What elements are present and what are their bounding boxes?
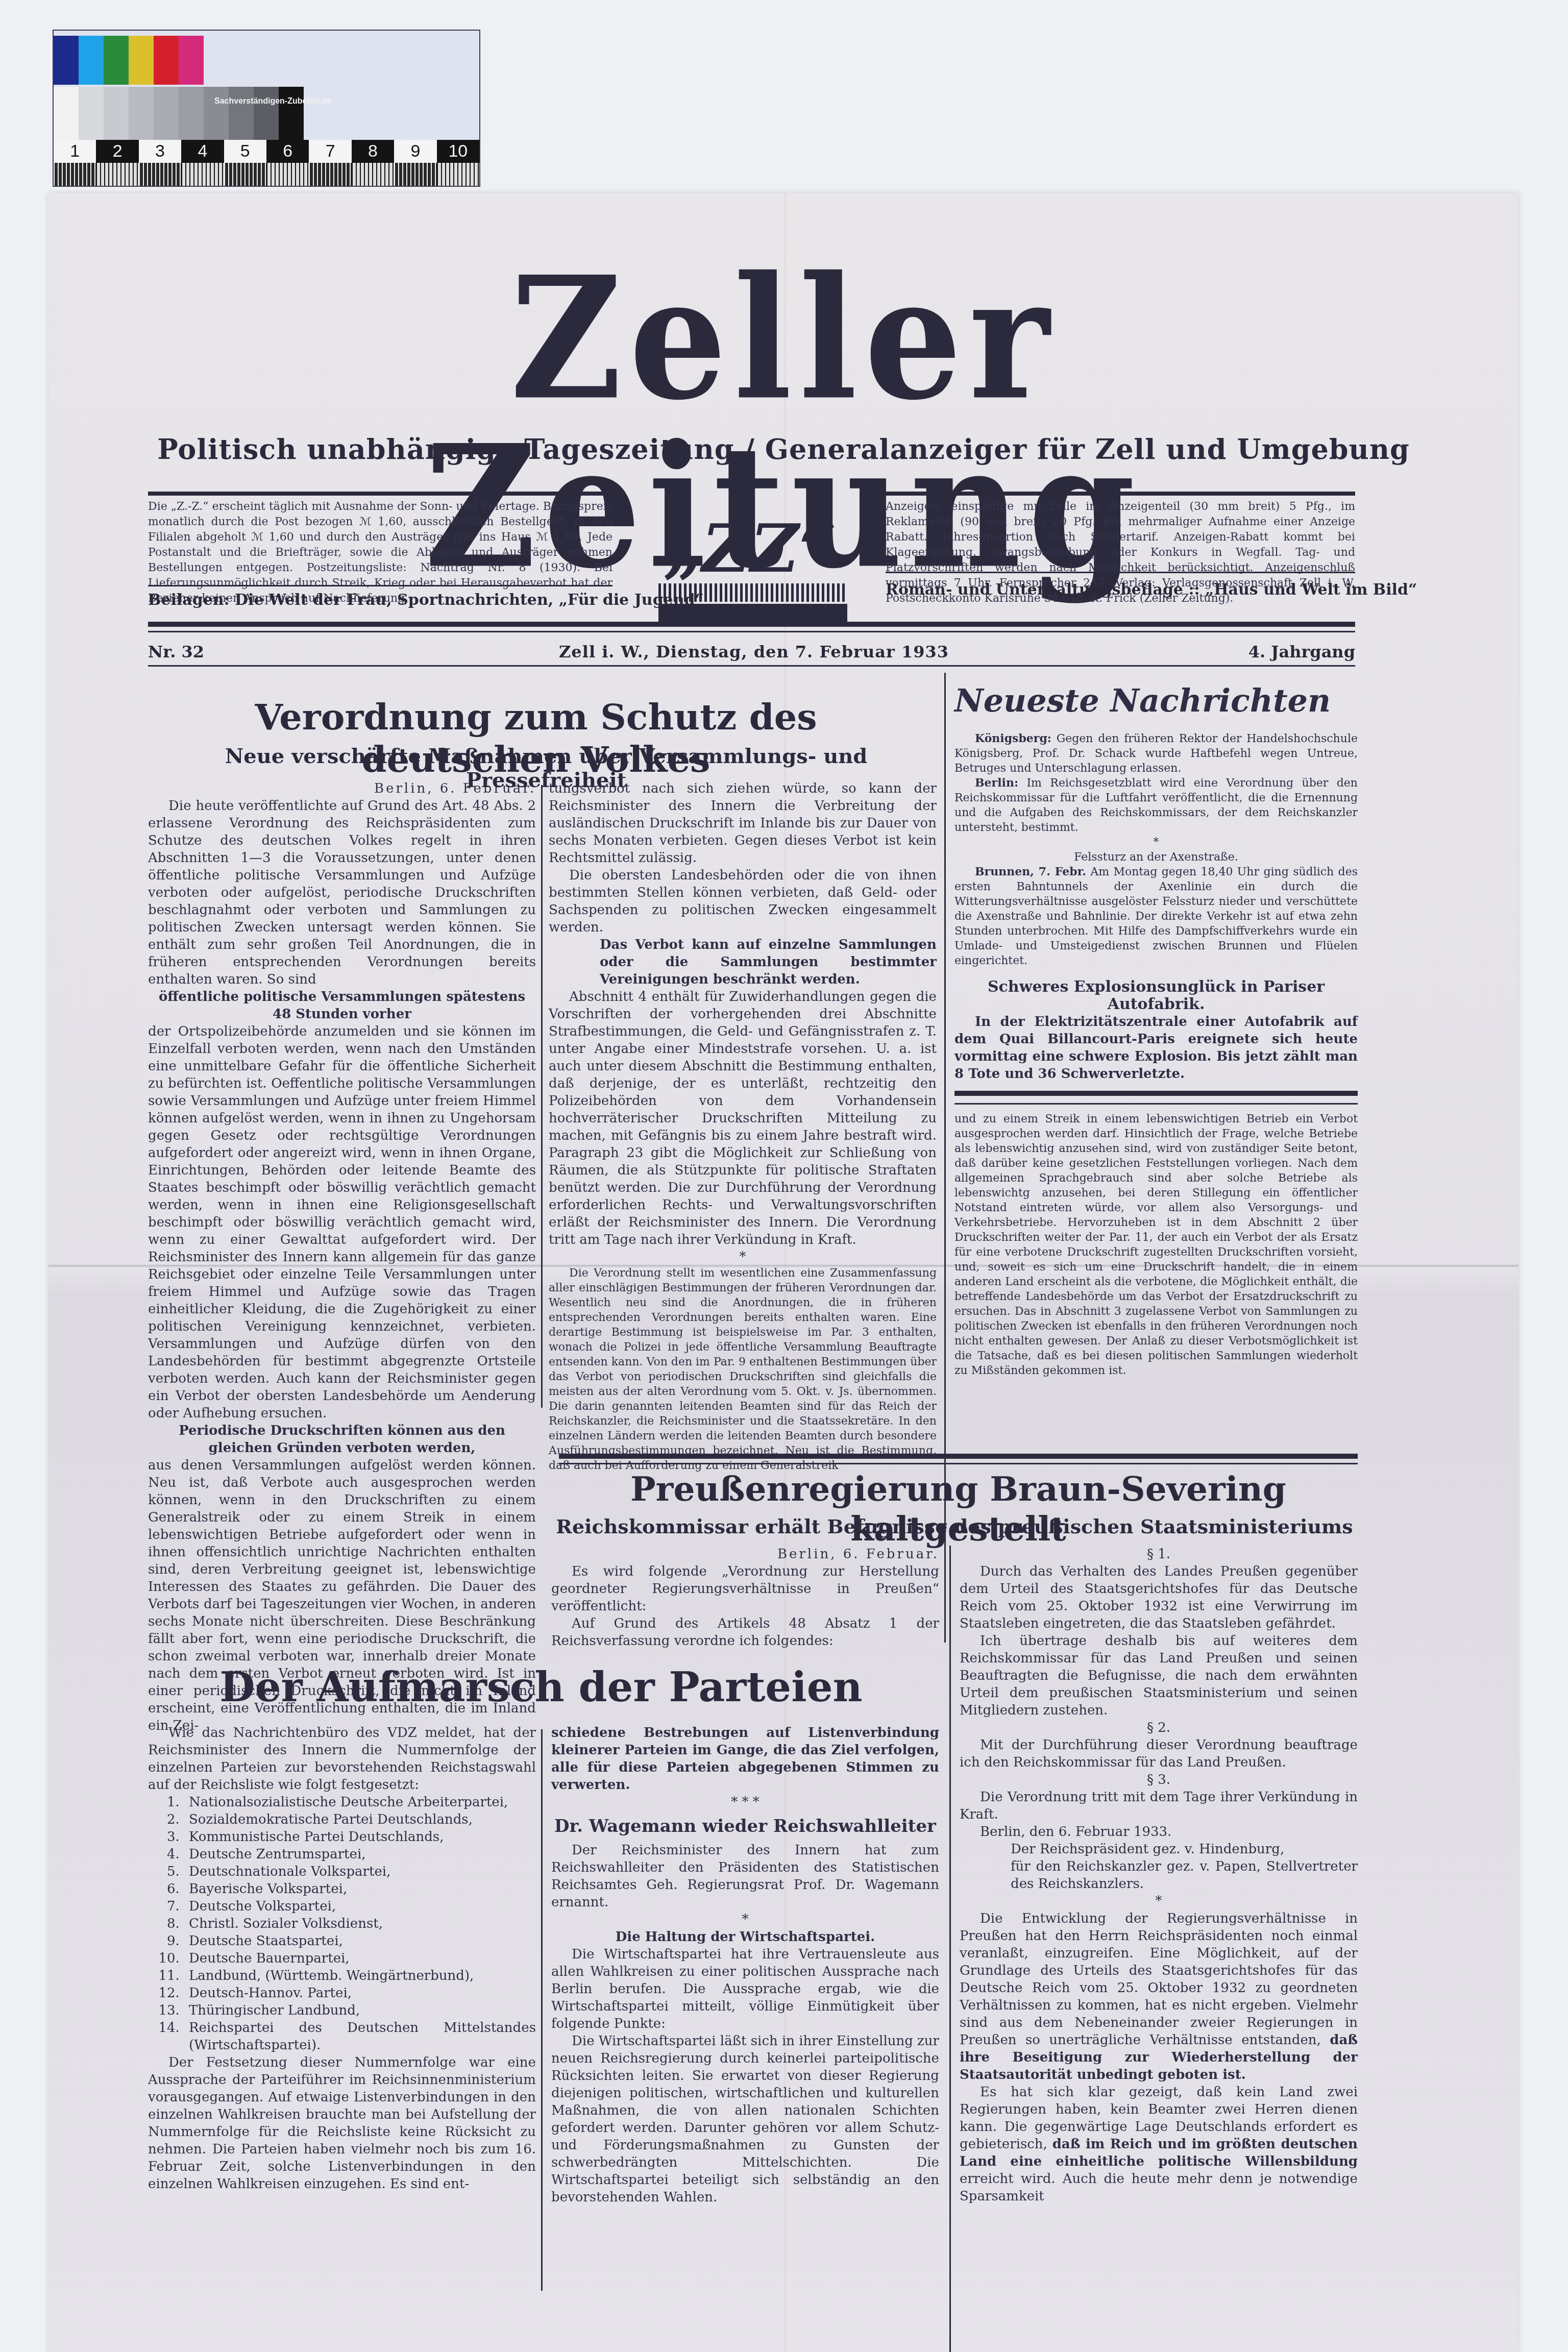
party-list-item: Deutsche Zentrumspartei, — [184, 1846, 536, 1863]
party-list-item: Deutsche Volkspartei, — [184, 1898, 536, 1915]
paragraph: Die heute veröffentlichte auf Grund des … — [148, 797, 536, 988]
supplements-right: Roman- und Unterhaltungsbeilage :: „Haus… — [886, 581, 1417, 599]
party-list-item: Christl. Sozialer Volksdienst, — [184, 1915, 536, 1932]
rule — [148, 585, 612, 586]
rule — [148, 622, 1355, 627]
ruler-cell: 8 — [352, 140, 394, 186]
ruler-cell: 2 — [96, 140, 138, 186]
article-dateline: Berlin, 6. Februar. — [148, 780, 536, 797]
paragraph: Die Wirtschaftspartei hat ihre Vertrauen… — [551, 1946, 939, 2032]
separator: * * * — [551, 1794, 939, 1811]
paragraph: Wie das Nachrichtenbüro des VDZ meldet, … — [148, 1724, 536, 1794]
ruler-cell: 5 — [224, 140, 266, 186]
column-divider — [541, 785, 543, 1408]
rule — [559, 1463, 1358, 1464]
color-swatch — [54, 36, 79, 85]
subhead-preussen: Reichskommissar erhält Befugnisse des pr… — [551, 1515, 1358, 1538]
neueste-nachrichten-heading: Neueste Nachrichten — [954, 680, 1358, 721]
gray-swatch — [179, 87, 204, 140]
party-list-item: Thüringischer Landbund, — [184, 2002, 536, 2019]
paragraph: und zu einem Streik in einem lebenswicht… — [954, 1112, 1358, 1378]
rule — [559, 1454, 1358, 1459]
party-list-item: Bayerische Volkspartei, — [184, 1880, 536, 1898]
rule — [886, 492, 1355, 496]
gray-swatches — [54, 87, 304, 140]
color-reference-card: Sachverständigen-Zubehör.de 12345678910 — [53, 30, 480, 187]
news-lead: Brunnen, 7. Febr. — [975, 865, 1086, 878]
paragraph: Mit der Durchführung dieser Verordnung b… — [960, 1736, 1358, 1771]
scale-brand-label: Sachverständigen-Zubehör.de — [214, 97, 331, 106]
parteien-col2: schiedene Bestrebungen auf Listenverbind… — [551, 1724, 939, 2206]
party-list-item: Deutsch-Hannov. Partei, — [184, 1984, 536, 2002]
zz-logo: „ZZ“ — [653, 509, 847, 587]
paragraph: Auf Grund des Artikels 48 Absatz 1 der R… — [551, 1615, 939, 1650]
paragraph: Die Wirtschaftspartei läßt sich in ihrer… — [551, 2032, 939, 2206]
rule — [148, 665, 1355, 667]
paragraph: Die obersten Landesbehörden oder die von… — [549, 867, 937, 936]
column-divider — [541, 1729, 543, 2291]
section-label: § 3. — [960, 1771, 1358, 1788]
paragraph: Der Reichsminister des Innern hat zum Re… — [551, 1842, 939, 1911]
color-swatch — [129, 36, 154, 85]
party-list-item: Deutsche Bauernpartei, — [184, 1950, 536, 1967]
rule — [886, 572, 1355, 573]
party-list: Nationalsozialistische Deutsche Arbeiter… — [148, 1794, 536, 2054]
ruler-cell: 10 — [437, 140, 479, 186]
neueste-nachrichten: Neueste Nachrichten Königsberg: Gegen de… — [954, 680, 1358, 1378]
signature: Der Reichspräsident gez. v. Hindenburg, — [960, 1841, 1358, 1858]
paragraph-bold: Das Verbot kann auf einzelne Sammlungen … — [549, 936, 937, 988]
party-list-item: Sozialdemokratische Partei Deutschlands, — [184, 1811, 536, 1828]
separator: * — [551, 1911, 939, 1928]
rule — [148, 631, 1355, 632]
paragraph: Die Verordnung tritt mit dem Tage ihrer … — [960, 1788, 1358, 1823]
supplements-left: Beilagen: Die Welt der Frau, Sportnachri… — [148, 591, 704, 609]
rule — [148, 492, 612, 496]
gray-swatch — [104, 87, 129, 140]
paragraph: Abschnitt 4 enthält für Zuwiderhandlunge… — [549, 988, 937, 1248]
paragraph-bold: Periodische Druckschriften können aus de… — [148, 1422, 536, 1457]
ruler-cell: 6 — [266, 140, 309, 186]
issue-number: Nr. 32 — [148, 642, 204, 661]
news-subhead: Schweres Explosionsunglück in Pariser Au… — [954, 978, 1358, 1013]
subhead-wirtschaft: Die Haltung der Wirtschaftspartei. — [551, 1928, 939, 1946]
paragraph: erreicht wird. Auch die heute mehr denn … — [960, 2171, 1358, 2204]
subhead-wagemann: Dr. Wagemann wieder Reichswahlleiter — [551, 1811, 939, 1842]
paragraph: Ich übertrage deshalb bis auf weiteres d… — [960, 1632, 1358, 1719]
paragraph: tungsverbot nach sich ziehen würde, so k… — [549, 780, 937, 867]
paragraph: schiedene Bestrebungen auf Listenverbind… — [551, 1724, 939, 1794]
section-label: § 1. — [960, 1546, 1358, 1563]
paragraph: Die Entwicklung der Regierungsverhältnis… — [960, 1911, 1358, 2048]
issue-volume: 4. Jahrgang — [1248, 642, 1355, 661]
gray-swatch — [254, 87, 279, 140]
newspaper-page: Zeller Zeitung Politisch unabhängige Tag… — [48, 193, 1518, 2352]
headline-parteien: Der Aufmarsch der Parteien — [148, 1663, 934, 1711]
signature: für den Reichskanzler gez. v. Papen, Ste… — [960, 1858, 1358, 1893]
parteien-col1: Wie das Nachrichtenbüro des VDZ meldet, … — [148, 1724, 536, 2193]
news-subhead: Felssturz an der Axenstraße. — [954, 850, 1358, 865]
news-text-bold: In der Elektrizitätszentrale einer Autof… — [954, 1013, 1358, 1083]
party-list-item: Deutschnationale Volkspartei, — [184, 1863, 536, 1880]
party-list-item: Kommunistische Partei Deutschlands, — [184, 1828, 536, 1846]
article-dateline: Berlin, 6. Februar. — [551, 1546, 939, 1563]
news-lead: Königsberg: — [975, 732, 1051, 745]
cm-ruler: 12345678910 — [54, 140, 479, 186]
paragraph: Es wird folgende „Verordnung zur Herstel… — [551, 1563, 939, 1615]
gray-swatch — [154, 87, 179, 140]
signed-date: Berlin, den 6. Februar 1933. — [960, 1823, 1358, 1841]
ruler-cell: 7 — [309, 140, 351, 186]
color-swatches — [54, 36, 204, 85]
ruler-cell: 3 — [139, 140, 181, 186]
paragraph: Durch das Verhalten des Landes Preußen g… — [960, 1563, 1358, 1632]
column-divider — [949, 1546, 951, 2352]
preussen-decree: § 1. Durch das Verhalten des Landes Preu… — [960, 1546, 1358, 2205]
ruler-cell: 9 — [394, 140, 436, 186]
verordnung-col1: Berlin, 6. Februar. Die heute veröffentl… — [148, 780, 536, 1734]
ruler-cell: 4 — [181, 140, 224, 186]
section-label: § 2. — [960, 1719, 1358, 1736]
party-list-item: Nationalsozialistische Deutsche Arbeiter… — [184, 1794, 536, 1811]
separator: * — [549, 1248, 937, 1266]
gray-swatch — [229, 87, 254, 140]
color-swatch — [179, 36, 204, 85]
paragraph-bold: öffentliche politische Versammlungen spä… — [148, 988, 536, 1023]
party-list-item: Landbund, (Württemb. Weingärtnerbund), — [184, 1967, 536, 1984]
masthead-subtitle: Politisch unabhängige Tageszeitung / Gen… — [140, 433, 1427, 465]
preussen-intro: Berlin, 6. Februar. Es wird folgende „Ve… — [551, 1546, 939, 1650]
party-list-item: Deutsche Staatspartei, — [184, 1932, 536, 1950]
paragraph: Der Festsetzung dieser Nummernfolge war … — [148, 2054, 536, 2193]
color-swatch — [104, 36, 129, 85]
news-text: Am Montag gegen 18,40 Uhr ging südlich d… — [954, 866, 1358, 967]
gray-swatch — [279, 87, 304, 140]
gray-swatch — [129, 87, 154, 140]
color-swatch — [154, 36, 179, 85]
issue-date: Zell i. W., Dienstag, den 7. Februar 193… — [559, 642, 949, 661]
color-swatch — [79, 36, 104, 85]
news-lead: Berlin: — [975, 776, 1018, 790]
verordnung-col2: tungsverbot nach sich ziehen würde, so k… — [549, 780, 937, 1473]
subscription-info: Die „Z.-Z.“ erscheint täglich mit Ausnah… — [148, 499, 612, 606]
gray-swatch — [79, 87, 104, 140]
paragraph-small: Die Verordnung stellt im wesentlichen ei… — [549, 1266, 937, 1473]
party-list-item: Reichspartei des Deutschen Mittelstandes… — [184, 2019, 536, 2054]
gray-swatch — [54, 87, 79, 140]
ruler-cell: 1 — [54, 140, 96, 186]
gray-swatch — [204, 87, 229, 140]
paragraph: der Ortspolizeibehörde anzumelden und si… — [148, 1023, 536, 1422]
